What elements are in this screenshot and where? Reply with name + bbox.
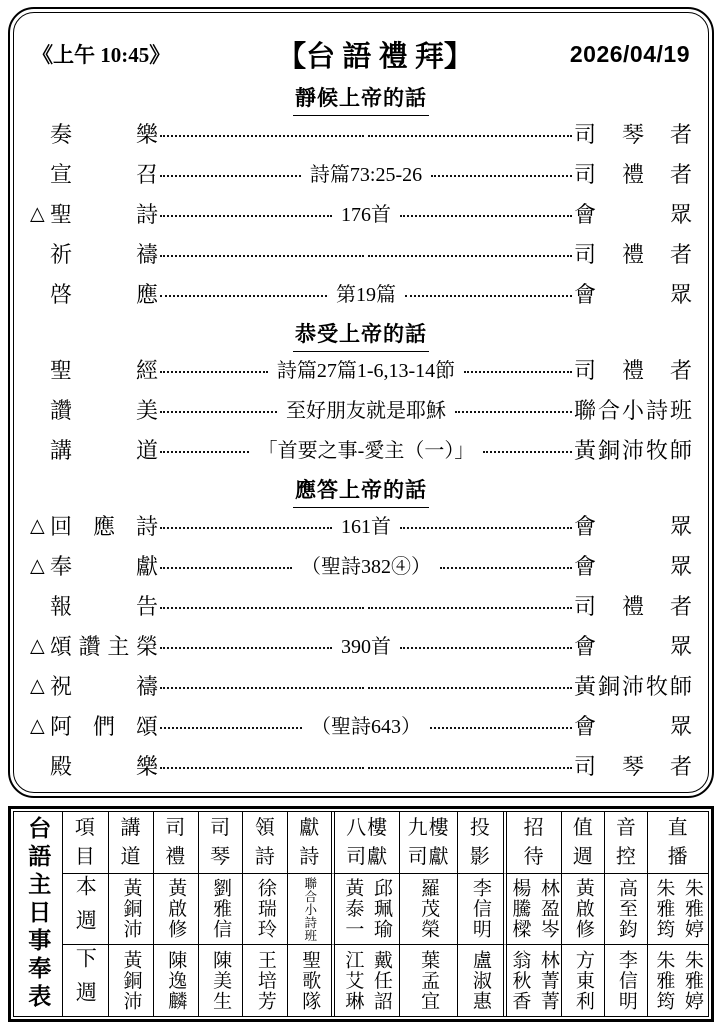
program-row: 講道「首要之事-愛主（一）」黃銅沛牧師 (28, 431, 694, 471)
item-role: 會眾 (574, 515, 692, 539)
name-cell: 陳美生 (199, 945, 244, 1016)
triangle-marker: △ (30, 515, 45, 538)
program-card: 《上午 10:45》 【台 語 禮 拜】 2026/04/19 靜候上帝的話 奏… (8, 7, 714, 798)
dotted-leader (160, 727, 302, 729)
program-row: △祝禱黃銅沛牧師 (28, 667, 694, 707)
name-cell: 聖歌隊 (288, 945, 331, 1016)
item-label: 頌讚主榮 (50, 635, 158, 659)
name-cell: 王培芳 (243, 945, 288, 1016)
triangle-marker: △ (30, 635, 45, 658)
dotted-leader (160, 371, 268, 373)
column-header-livestream: 直播 (648, 812, 708, 874)
item-detail: 390首 (334, 636, 398, 658)
triangle-marker: △ (30, 555, 45, 578)
dotted-leader (160, 411, 277, 413)
item-role: 黃銅沛牧師 (574, 675, 692, 699)
dotted-leader (368, 687, 572, 689)
triangle-marker: △ (30, 203, 45, 226)
program-row: △聖詩176首會眾 (28, 195, 694, 235)
table-title: 台語主日事奉表 (21, 816, 54, 1012)
dotted-leader (368, 607, 572, 609)
dotted-leader (400, 527, 572, 529)
item-role: 司禮者 (574, 359, 692, 383)
program-header: 《上午 10:45》 【台 語 禮 拜】 2026/04/19 (28, 21, 694, 79)
item-role: 會眾 (574, 635, 692, 659)
column-header-pianist: 司琴 (199, 812, 244, 874)
item-role: 司禮者 (574, 163, 692, 187)
name-cell: 黃啟修 (154, 874, 199, 945)
name-cell: 邱珮瑜黃泰一 (331, 874, 400, 945)
dotted-leader (160, 567, 292, 569)
page-title: 【台 語 禮 拜】 (210, 34, 540, 75)
column-header-9f-offering: 九樓司獻 (400, 812, 458, 874)
column-header-audio: 音控 (605, 812, 648, 874)
item-label: 聖詩 (50, 203, 158, 227)
item-role: 司琴者 (574, 755, 692, 779)
program-row: △奉獻（聖詩382④）會眾 (28, 547, 694, 587)
dotted-leader (483, 451, 572, 453)
column-header-preacher: 講道 (109, 812, 154, 874)
item-label: 講道 (50, 439, 158, 463)
column-header-liturgist: 司禮 (154, 812, 199, 874)
dotted-leader (400, 215, 572, 217)
dotted-leader (440, 567, 572, 569)
dotted-leader (400, 647, 572, 649)
period-cell-next-week: 下週 (63, 945, 110, 1016)
item-detail: 詩篇27篇1-6,13-14節 (270, 360, 462, 382)
dotted-leader (368, 135, 572, 137)
item-detail: 第19篇 (329, 284, 403, 306)
item-detail: 至好朋友就是耶穌 (279, 400, 453, 422)
item-role: 聯合小詩班 (574, 399, 692, 423)
item-role: 司禮者 (574, 595, 692, 619)
column-header-8f-offering: 八樓司獻 (331, 812, 400, 874)
item-role: 會眾 (574, 715, 692, 739)
item-label: 報告 (50, 595, 158, 619)
program-row: 讚美至好朋友就是耶穌聯合小詩班 (28, 391, 694, 431)
column-header-projection: 投影 (458, 812, 503, 874)
column-header-usher: 招待 (503, 812, 563, 874)
column-header-anthem: 獻詩 (288, 812, 331, 874)
item-label: 祝禱 (50, 675, 158, 699)
section-heading: 應答上帝的話 (28, 474, 694, 507)
dotted-leader (431, 175, 572, 177)
program-row: △頌讚主榮390首會眾 (28, 627, 694, 667)
name-cell: 李信明 (605, 945, 648, 1016)
name-cell: 林菁菁翁秋香 (503, 945, 563, 1016)
item-label: 啓應 (50, 283, 158, 307)
item-label: 宣召 (50, 163, 158, 187)
triangle-marker: △ (30, 675, 45, 698)
duty-roster-grid: 台語主日事奉表 項目 講道 司禮 司琴 領詩 獻詩 八樓司獻 九樓司獻 投影 招… (13, 811, 709, 1017)
section-heading: 恭受上帝的話 (28, 318, 694, 351)
dotted-leader (405, 295, 572, 297)
program-row: 奏樂司琴者 (28, 115, 694, 155)
dotted-leader (160, 767, 364, 769)
dotted-leader (160, 451, 249, 453)
name-cell: 劉雅信 (199, 874, 244, 945)
program-row: 報告司禮者 (28, 587, 694, 627)
service-date: 2026/04/19 (540, 41, 690, 68)
name-cell: 黃銅沛 (109, 945, 154, 1016)
name-cell: 盧淑惠 (458, 945, 503, 1016)
name-cell: 朱雅婷朱雅筠 (648, 874, 708, 945)
period-cell-this-week: 本週 (63, 874, 110, 945)
column-header-duty-week: 值週 (562, 812, 605, 874)
table-title-cell: 台語主日事奉表 (14, 812, 63, 1016)
item-role: 會眾 (574, 555, 692, 579)
triangle-marker: △ (30, 715, 45, 738)
dotted-leader (430, 727, 572, 729)
name-cell: 黃啟修 (562, 874, 605, 945)
dotted-leader (160, 295, 327, 297)
page: { "colors": { "ink": "#000000", "paper":… (0, 0, 722, 1028)
name-cell: 陳逸麟 (154, 945, 199, 1016)
item-label: 聖經 (50, 359, 158, 383)
column-header-item: 項目 (63, 812, 110, 874)
dotted-leader (160, 175, 301, 177)
name-cell: 葉孟宜 (400, 945, 458, 1016)
item-detail: 詩篇73:25-26 (303, 164, 429, 186)
item-label: 奏樂 (50, 123, 158, 147)
name-cell: 羅茂榮 (400, 874, 458, 945)
name-cell: 林盈岑楊騰樑 (503, 874, 563, 945)
dotted-leader (368, 255, 572, 257)
item-role: 黃銅沛牧師 (574, 439, 692, 463)
column-header-song-leader: 領詩 (243, 812, 288, 874)
program-row: 聖經詩篇27篇1-6,13-14節司禮者 (28, 351, 694, 391)
item-label: 讚美 (50, 399, 158, 423)
program-row: 殿樂司琴者 (28, 747, 694, 787)
dotted-leader (368, 767, 572, 769)
name-cell: 高至鈞 (605, 874, 648, 945)
dotted-leader (464, 371, 572, 373)
dotted-leader (160, 527, 332, 529)
name-cell: 朱雅婷朱雅筠 (648, 945, 708, 1016)
dotted-leader (160, 255, 364, 257)
item-detail: （聖詩643） (304, 716, 428, 738)
name-cell: 聯合小詩班 (288, 874, 331, 945)
item-role: 司禮者 (574, 243, 692, 267)
name-cell: 李信明 (458, 874, 503, 945)
item-role: 會眾 (574, 283, 692, 307)
program-row: 啓應第19篇會眾 (28, 275, 694, 315)
item-role: 司琴者 (574, 123, 692, 147)
dotted-leader (160, 687, 364, 689)
item-label: 殿樂 (50, 755, 158, 779)
item-label: 奉獻 (50, 555, 158, 579)
item-detail: 161首 (334, 516, 398, 538)
item-detail: 176首 (334, 204, 398, 226)
item-role: 會眾 (574, 203, 692, 227)
name-cell: 徐瑞玲 (243, 874, 288, 945)
name-cell: 黃銅沛 (109, 874, 154, 945)
section-heading: 靜候上帝的話 (28, 82, 694, 115)
name-cell: 方東利 (562, 945, 605, 1016)
dotted-leader (160, 607, 364, 609)
duty-roster-table: 台語主日事奉表 項目 講道 司禮 司琴 領詩 獻詩 八樓司獻 九樓司獻 投影 招… (8, 806, 714, 1022)
dotted-leader (160, 135, 364, 137)
dotted-leader (455, 411, 572, 413)
item-label: 回應詩 (50, 515, 158, 539)
dotted-leader (160, 647, 332, 649)
program-row: △回應詩161首會眾 (28, 507, 694, 547)
program-row: 宣召詩篇73:25-26司禮者 (28, 155, 694, 195)
program-card-inner: 《上午 10:45》 【台 語 禮 拜】 2026/04/19 靜候上帝的話 奏… (13, 12, 709, 793)
name-cell: 戴任詔江艾琳 (331, 945, 400, 1016)
item-detail: （聖詩382④） (294, 556, 438, 578)
item-label: 阿們頌 (50, 715, 158, 739)
item-detail: 「首要之事-愛主（一）」 (251, 440, 482, 462)
program-row: △阿們頌（聖詩643）會眾 (28, 707, 694, 747)
item-label: 祈禱 (50, 243, 158, 267)
service-time: 《上午 10:45》 (32, 39, 210, 69)
dotted-leader (160, 215, 332, 217)
program-row: 祈禱司禮者 (28, 235, 694, 275)
